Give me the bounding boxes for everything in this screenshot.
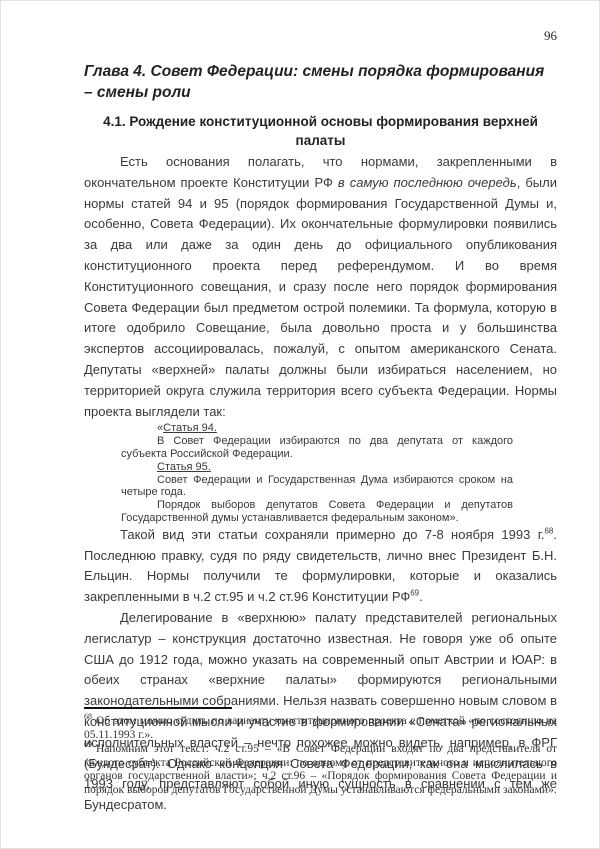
quote-article-95-law-text: Порядок выборов депутатов Совета Федерац… — [121, 499, 513, 525]
quote-article-95-text: Совет Федерации и Государственная Дума и… — [121, 474, 513, 500]
quote-article-94-title: Статья 94. — [163, 422, 217, 434]
page-number: 96 — [544, 28, 557, 44]
footnote-ref-69: 69 — [410, 589, 419, 598]
footnote-area: 68Об этом можно судить по варианту конст… — [84, 707, 557, 799]
paragraph-1-text-cont: , были нормы статей 94 и 95 (порядок фор… — [84, 175, 557, 419]
block-quote: «Статья 94. В Совет Федерации избираются… — [121, 422, 513, 524]
document-page: 96 Глава 4. Совет Федерации: смены поряд… — [0, 0, 600, 849]
paragraph-2-text: Такой вид эти статьи сохраняли примерно … — [120, 527, 544, 542]
section-heading: 4.1. Рождение конституционной основы фор… — [84, 112, 557, 150]
footnote-68: 68Об этом можно судить по варианту конст… — [84, 715, 557, 742]
quote-article-95-title: Статья 95. — [157, 461, 211, 473]
quote-article-94-text: В Совет Федерации избираются по два депу… — [121, 435, 513, 461]
footnote-68-marker: 68 — [84, 712, 92, 721]
footnote-69: 69Напомним этот текст: ч.2 ст.95 – «В Со… — [84, 743, 557, 797]
footnote-separator — [84, 707, 232, 709]
page-content: Глава 4. Совет Федерации: смены порядка … — [84, 61, 557, 816]
quote-article-94-heading: «Статья 94. — [121, 422, 513, 435]
paragraph-2-period: . — [419, 589, 423, 604]
footnote-69-text: Напомним этот текст: ч.2 ст.95 – «В Сове… — [84, 743, 557, 796]
quote-article-95-heading: Статья 95. — [121, 461, 513, 474]
footnote-68-text: Об этом можно судить по варианту констит… — [84, 715, 557, 741]
paragraph-1-emphasis: в самую последнюю очередь — [338, 175, 517, 190]
paragraph-1: Есть основания полагать, что нормами, за… — [84, 152, 557, 422]
paragraph-2: Такой вид эти статьи сохраняли примерно … — [84, 525, 557, 608]
footnote-69-marker: 69 — [84, 740, 92, 749]
chapter-heading: Глава 4. Совет Федерации: смены порядка … — [84, 61, 557, 103]
